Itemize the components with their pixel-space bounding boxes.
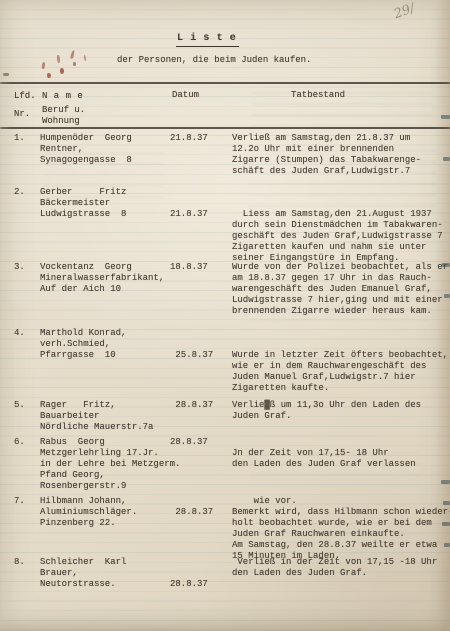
entry-offense: Verließ in der Zeit von 17,15 -18 Uhr de…: [232, 557, 450, 579]
page-title: L i s t e: [176, 33, 239, 47]
column-header-tatbestand: Tatbestand: [291, 90, 345, 101]
page-subtitle: der Personen, die beim Juden kaufen.: [117, 55, 311, 66]
entry-date: 25.8.37: [170, 328, 213, 361]
red-ink-mark: [73, 62, 76, 66]
entry-offense: Liess am Samstag,den 21.August 1937 durc…: [232, 187, 450, 264]
entry-offense: Wurde in letzter Zeit öfters beobachtet,…: [232, 328, 450, 394]
entry-offense: Verlie▓ß um 11,3o Uhr den Laden des Jude…: [232, 400, 450, 422]
entry-date: 28.8.37: [170, 437, 208, 448]
page-edge-mark: [441, 115, 450, 119]
red-ink-mark: [47, 73, 51, 78]
column-header-name: N a m e: [42, 91, 83, 102]
entry-date: 28.8.37: [170, 400, 213, 411]
entry-number: 4.: [14, 328, 25, 339]
entry-date: 28.8.37: [170, 557, 208, 590]
horizontal-rule-header: [0, 127, 450, 129]
red-ink-mark: [83, 55, 86, 61]
red-ink-mark: [70, 50, 75, 59]
column-header-beruf-wohnung: Beruf u. Wohnung: [42, 105, 85, 126]
document-page: 29/ L i s t e der Personen, die beim Jud…: [0, 0, 450, 631]
column-header-lfd: Lfd.: [14, 91, 36, 102]
page-edge-mark: [443, 501, 450, 505]
entry-name: Schleicher Karl Brauer, Neutorstrasse.: [40, 557, 126, 590]
entry-offense: wie vor. Bemerkt wird, dass Hilbmann sch…: [232, 496, 450, 562]
red-ink-mark: [57, 55, 60, 63]
entry-name: Marthold Konrad, verh.Schmied, Pfarrgass…: [40, 328, 126, 361]
entry-name: Gerber Fritz Bäckermeister Ludwigstrasse…: [40, 187, 126, 220]
page-edge-mark: [442, 522, 450, 526]
entry-number: 2.: [14, 187, 25, 198]
entry-name: Rager Fritz, Bauarbeiter Nördliche Mauer…: [40, 400, 153, 433]
left-edge-ink-mark: [3, 73, 9, 76]
entry-name: Hilbmann Johann, Aluminiumschläger. Pinz…: [40, 496, 137, 529]
page-edge-mark: [442, 263, 450, 267]
entry-name: Vockentanz Georg Mineralwasserfabrikant,…: [40, 262, 164, 295]
entry-offense: Verließ am Samstag,den 21.8.37 um 12.2o …: [232, 133, 450, 177]
page-edge-mark: [444, 294, 450, 298]
entry-date: 18.8.37: [170, 262, 208, 273]
entry-number: 8.: [14, 557, 25, 568]
entry-name: Humpenöder Georg Rentner, Synagogengasse…: [40, 133, 132, 166]
entry-number: 7.: [14, 496, 25, 507]
entry-date: 28.8.37: [170, 496, 213, 518]
page-edge-mark: [441, 480, 450, 484]
handwritten-page-number: 29/: [392, 1, 417, 22]
entry-date: 21.8.37: [170, 187, 208, 220]
entry-offense: Jn der Zeit von 17,15- 18 Uhr den Laden …: [232, 437, 450, 470]
page-edge-mark: [444, 543, 450, 547]
entry-offense: Wurde von der Polizei beobachtet, als er…: [232, 262, 450, 317]
horizontal-rule-top: [0, 82, 450, 84]
page-edge-mark: [443, 157, 450, 161]
red-ink-mark: [60, 68, 64, 74]
entry-number: 1.: [14, 133, 25, 144]
entry-number: 6.: [14, 437, 25, 448]
entry-number: 5.: [14, 400, 25, 411]
column-header-nr: Nr.: [14, 109, 30, 120]
entry-date: 21.8.37: [170, 133, 208, 144]
column-header-datum: Datum: [172, 90, 199, 101]
entry-number: 3.: [14, 262, 25, 273]
red-ink-mark: [42, 62, 45, 69]
entry-name: Rabus Georg Metzgerlehrling 17.Jr. in de…: [40, 437, 180, 492]
